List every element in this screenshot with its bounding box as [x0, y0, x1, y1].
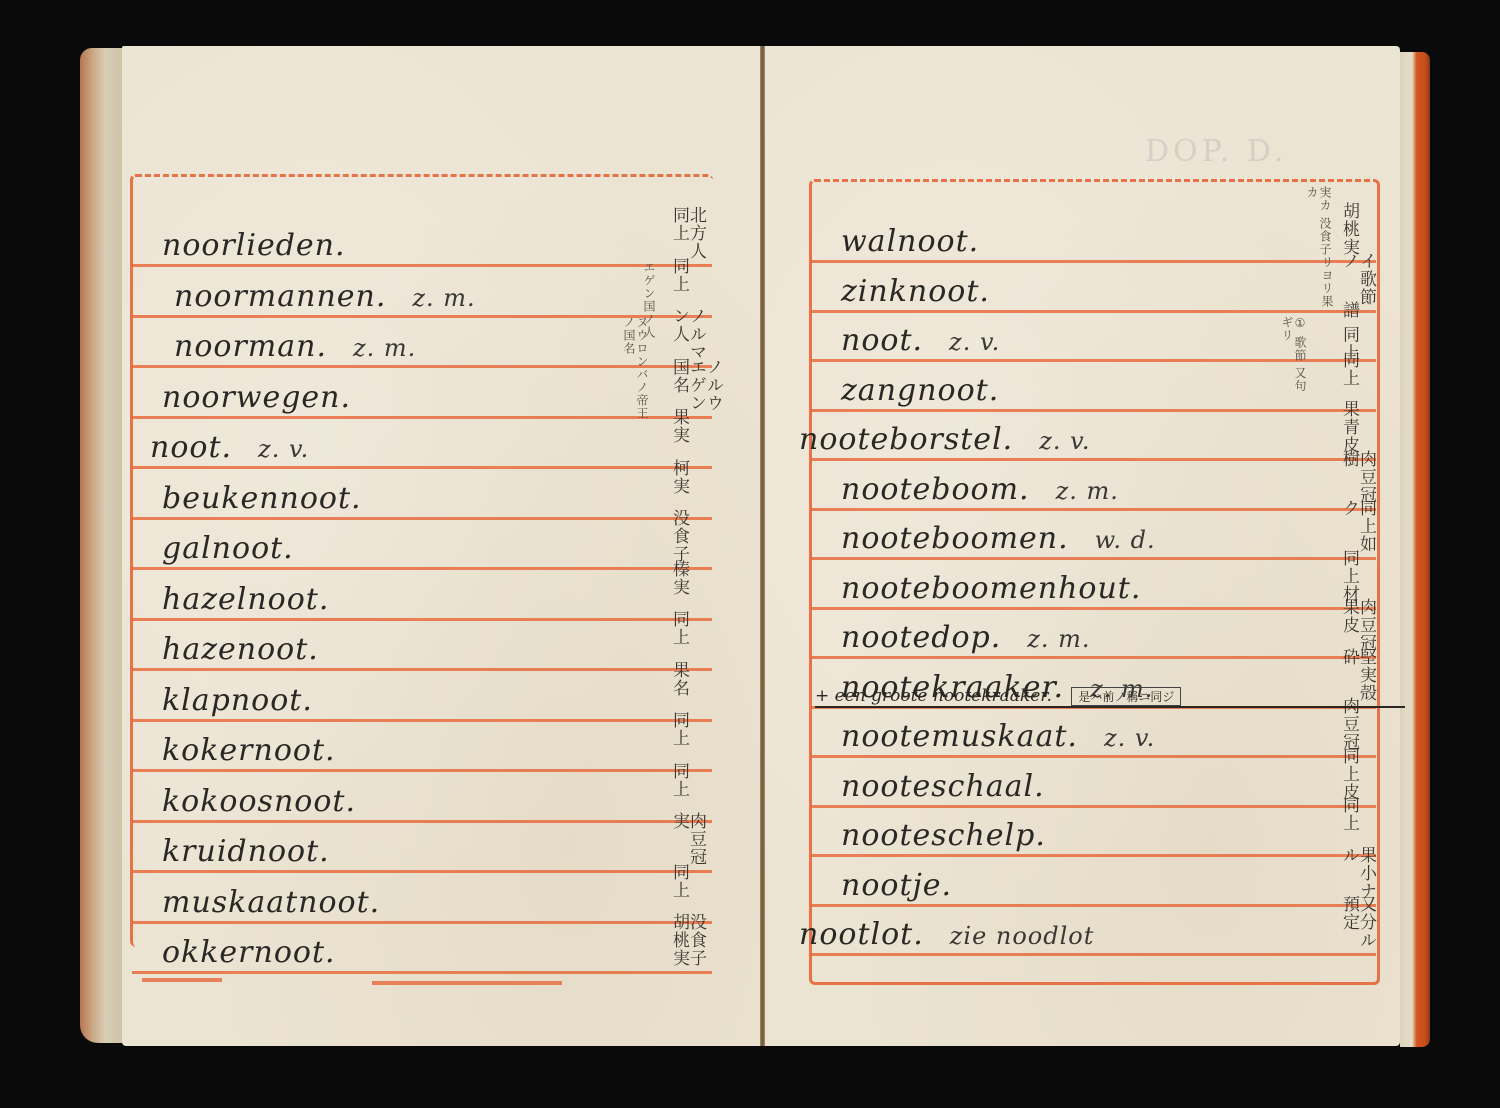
entry-headword: nootemuskaat.z. v. [841, 719, 1155, 754]
dictionary-entry-row: nootlot.zie noodlot [811, 917, 1376, 956]
dictionary-entry-row: walnoot. [811, 224, 1376, 263]
grammar-label: z. m. [353, 334, 416, 362]
entry-headword: nooteschelp. [841, 818, 1072, 853]
entry-headword: noorman.z. m. [174, 329, 416, 364]
headword-text: walnoot. [841, 224, 979, 259]
dictionary-entry-row: okkernoot. [132, 935, 712, 974]
dictionary-entry-row: nooteschaal. [811, 769, 1376, 808]
inserted-annotation: + een groote nootekraaker. 是ハ前ノ稱ニ同ジ [815, 686, 1405, 708]
grammar-label: z. v. [949, 328, 1000, 356]
entry-headword: okkernoot. [162, 935, 362, 970]
dictionary-entry-row: beukennoot. [132, 481, 712, 520]
dictionary-entry-row: hazenoot. [132, 632, 712, 671]
dictionary-entry-row: zinknoot. [811, 274, 1376, 313]
headword-text: galnoot. [162, 531, 294, 566]
headword-text: hazelnoot. [162, 582, 329, 617]
headword-text: nooteschaal. [841, 769, 1045, 804]
entry-headword: galnoot. [162, 531, 320, 566]
entry-headword: zinknoot. [841, 274, 1016, 309]
entry-headword: beukennoot. [162, 481, 388, 516]
dictionary-entry-row: kruidnoot. [132, 834, 712, 873]
headword-text: noorman. [174, 329, 327, 364]
entry-headword: klapnoot. [162, 683, 339, 718]
dictionary-entry-row: nooteboom.z. m. [811, 472, 1376, 511]
entry-headword: nootedop.z. m. [841, 620, 1091, 655]
headword-text: noot. [841, 323, 923, 358]
headword-text: nootje. [841, 868, 952, 903]
dictionary-entry-row: noormannen.z. m. [132, 279, 712, 318]
right-side-note-3: ① 歌節 又句ギリ [1280, 316, 1306, 396]
left-side-note-2: ヌウロンバノ帝王ノ国名 [622, 316, 648, 426]
entry-headword: nooteborstel.z. v. [799, 422, 1090, 457]
entry-headword: muskaatnoot. [162, 885, 406, 920]
headword-text: nooteboomen. [841, 521, 1069, 556]
faded-stamp-show-through: DOP. D. [1145, 134, 1287, 169]
headword-text: nootemuskaat. [841, 719, 1078, 754]
dictionary-entry-row: muskaatnoot. [132, 885, 712, 924]
grammar-label: z. v. [1039, 427, 1090, 455]
right-page: DOP. D. walnoot.胡桃実zinknoot.イ歌節ノnoot.z. … [765, 46, 1400, 1046]
grammar-label: z. v. [258, 435, 309, 463]
entry-headword: hazenoot. [162, 632, 345, 667]
entry-headword: kokoosnoot. [162, 784, 382, 819]
dictionary-entry-row: noorlieden. [132, 228, 712, 267]
entry-headword: nooteschaal. [841, 769, 1071, 804]
entry-headword: kruidnoot. [162, 834, 356, 869]
headword-text: noot. [150, 430, 232, 465]
headword-text: beukennoot. [162, 481, 362, 516]
headword-text: zangnoot. [841, 373, 999, 408]
headword-text: kruidnoot. [162, 834, 330, 869]
headword-text: nooteboom. [841, 472, 1030, 507]
japanese-gloss: 没食子 胡桃実 [670, 913, 704, 975]
dictionary-entry-row: nootedop.z. m. [811, 620, 1376, 659]
headword-text: nootedop. [841, 620, 1001, 655]
dictionary-entry-row: nootje. [811, 868, 1376, 907]
left-page-block-edge [80, 48, 122, 1043]
dictionary-entry-row: hazelnoot. [132, 582, 712, 621]
dictionary-entry-row: kokernoot. [132, 733, 712, 772]
entry-headword: nooteboomen.w. d. [841, 521, 1156, 556]
japanese-gloss: 又分ル 預定 [1340, 895, 1374, 957]
headword-text: okkernoot. [162, 935, 336, 970]
grammar-label: z. v. [1104, 724, 1155, 752]
dictionary-entry-row: nooteboomen.w. d. [811, 521, 1376, 560]
dictionary-entry-row: noot.z. v. [132, 430, 712, 469]
entry-headword: zangnoot. [841, 373, 1025, 408]
dictionary-entry-row: kokoosnoot. [132, 784, 712, 823]
grammar-label: z. m. [412, 284, 475, 312]
dictionary-entry-row: nooteboomenhout. [811, 571, 1376, 610]
headword-text: hazenoot. [162, 632, 319, 667]
grammar-label: z. m. [1027, 625, 1090, 653]
grammar-label: w. d. [1095, 526, 1156, 554]
left-page: noorlieden.北方人同上noormannen.z. m.同上noorma… [122, 46, 760, 1046]
dictionary-entry-row: nooteschelp. [811, 818, 1376, 857]
headword-text: nooteschelp. [841, 818, 1046, 853]
headword-text: muskaatnoot. [162, 885, 380, 920]
entry-headword: nootlot.zie noodlot [799, 917, 1094, 952]
entry-headword: walnoot. [841, 224, 1005, 259]
annotation-text: + een groote nootekraaker. [815, 686, 1052, 706]
headword-text: zinknoot. [841, 274, 990, 309]
dictionary-entry-row: nootemuskaat.z. v. [811, 719, 1376, 758]
headword-text: kokernoot. [162, 733, 336, 768]
dictionary-entry-row: klapnoot. [132, 683, 712, 722]
entry-headword: kokernoot. [162, 733, 362, 768]
entry-headword: nootje. [841, 868, 978, 903]
headword-text: nooteboomenhout. [841, 571, 1141, 606]
entry-headword: nooteboom.z. m. [841, 472, 1119, 507]
entry-headword: noorlieden. [162, 228, 372, 263]
entry-headword: nooteboomenhout. [841, 571, 1167, 606]
headword-text: klapnoot. [162, 683, 313, 718]
right-side-note-2: リヨリ果 [1320, 256, 1333, 326]
dictionary-entry-row: nooteborstel.z. v. [811, 422, 1376, 461]
headword-text: noormannen. [174, 279, 386, 314]
dictionary-entry-row: galnoot. [132, 531, 712, 570]
headword-text: nooteborstel. [799, 422, 1013, 457]
entry-headword: hazelnoot. [162, 582, 355, 617]
grammar-label: z. m. [1056, 477, 1119, 505]
right-cover-edge [1400, 52, 1430, 1047]
annotation-boxed-note: 是ハ前ノ稱ニ同ジ [1071, 687, 1181, 706]
open-book: noorlieden.北方人同上noormannen.z. m.同上noorma… [80, 40, 1430, 1052]
headword-text: kokoosnoot. [162, 784, 356, 819]
grammar-label: zie noodlot [950, 922, 1095, 950]
ruling-fragment [372, 981, 562, 985]
entry-headword: noormannen.z. m. [174, 279, 476, 314]
headword-text: noorwegen. [162, 380, 351, 415]
headword-text: noorlieden. [162, 228, 346, 263]
entry-headword: noot.z. v. [150, 430, 309, 465]
entry-headword: noot.z. v. [841, 323, 1000, 358]
right-side-note-1: 実カ 没食子カ [1305, 186, 1331, 266]
entry-headword: noorwegen. [162, 380, 377, 415]
headword-text: nootlot. [799, 917, 924, 952]
ruling-fragment [142, 978, 222, 982]
